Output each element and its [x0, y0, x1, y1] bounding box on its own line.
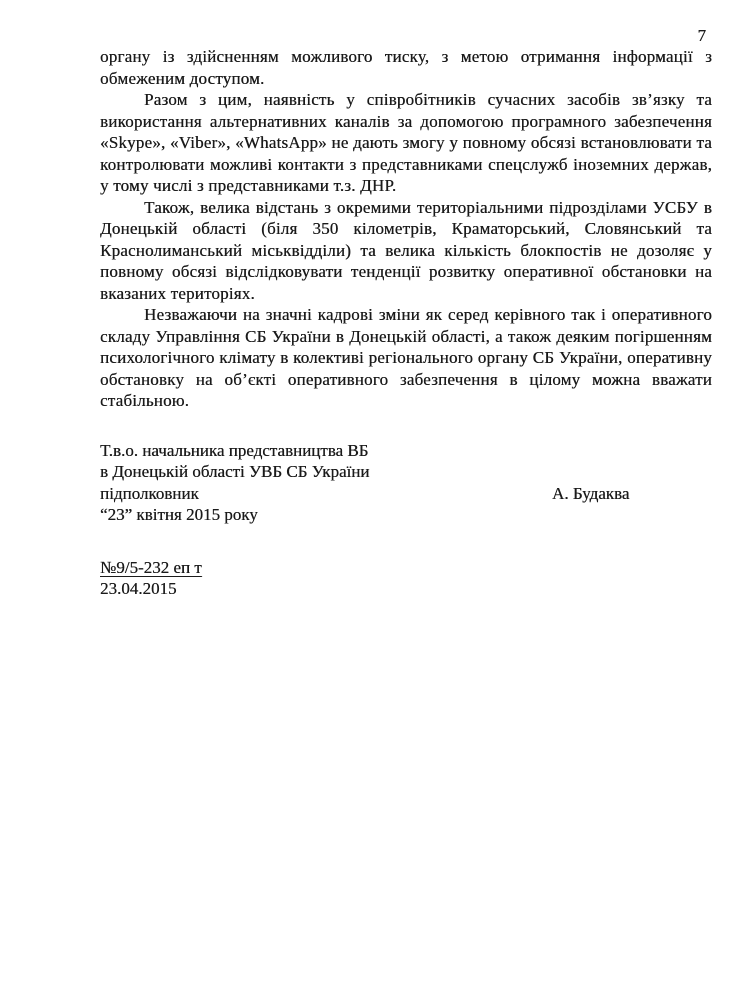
document-page: 7 органу із здійсненням можливого тиску,… [0, 0, 740, 993]
signature-name: А. Будаква [552, 483, 629, 505]
reference-block: №9/5-232 еп т 23.04.2015 [100, 557, 712, 600]
signature-date-line: “23” квітня 2015 року [100, 504, 712, 526]
signature-position-line1: Т.в.о. начальника представництва ВБ [100, 440, 712, 462]
signature-rank: підполковник [100, 484, 199, 503]
paragraph-communications: Разом з цим, наявність у співробітників … [100, 89, 712, 197]
reference-date: 23.04.2015 [100, 578, 712, 600]
signature-position-line2: в Донецькій області УВБ СБ України [100, 461, 712, 483]
paragraph-distance: Також, велика відстань з окремими терито… [100, 197, 712, 305]
signature-rank-row: підполковник А. Будаква [100, 483, 712, 505]
reference-number: №9/5-232 еп т [100, 558, 202, 577]
signature-block: Т.в.о. начальника представництва ВБ в До… [100, 440, 712, 526]
paragraph-conclusion: Незважаючи на значні кадрові зміни як се… [100, 304, 712, 412]
page-number: 7 [100, 25, 712, 46]
paragraph-continuation: органу із здійсненням можливого тиску, з… [100, 46, 712, 89]
